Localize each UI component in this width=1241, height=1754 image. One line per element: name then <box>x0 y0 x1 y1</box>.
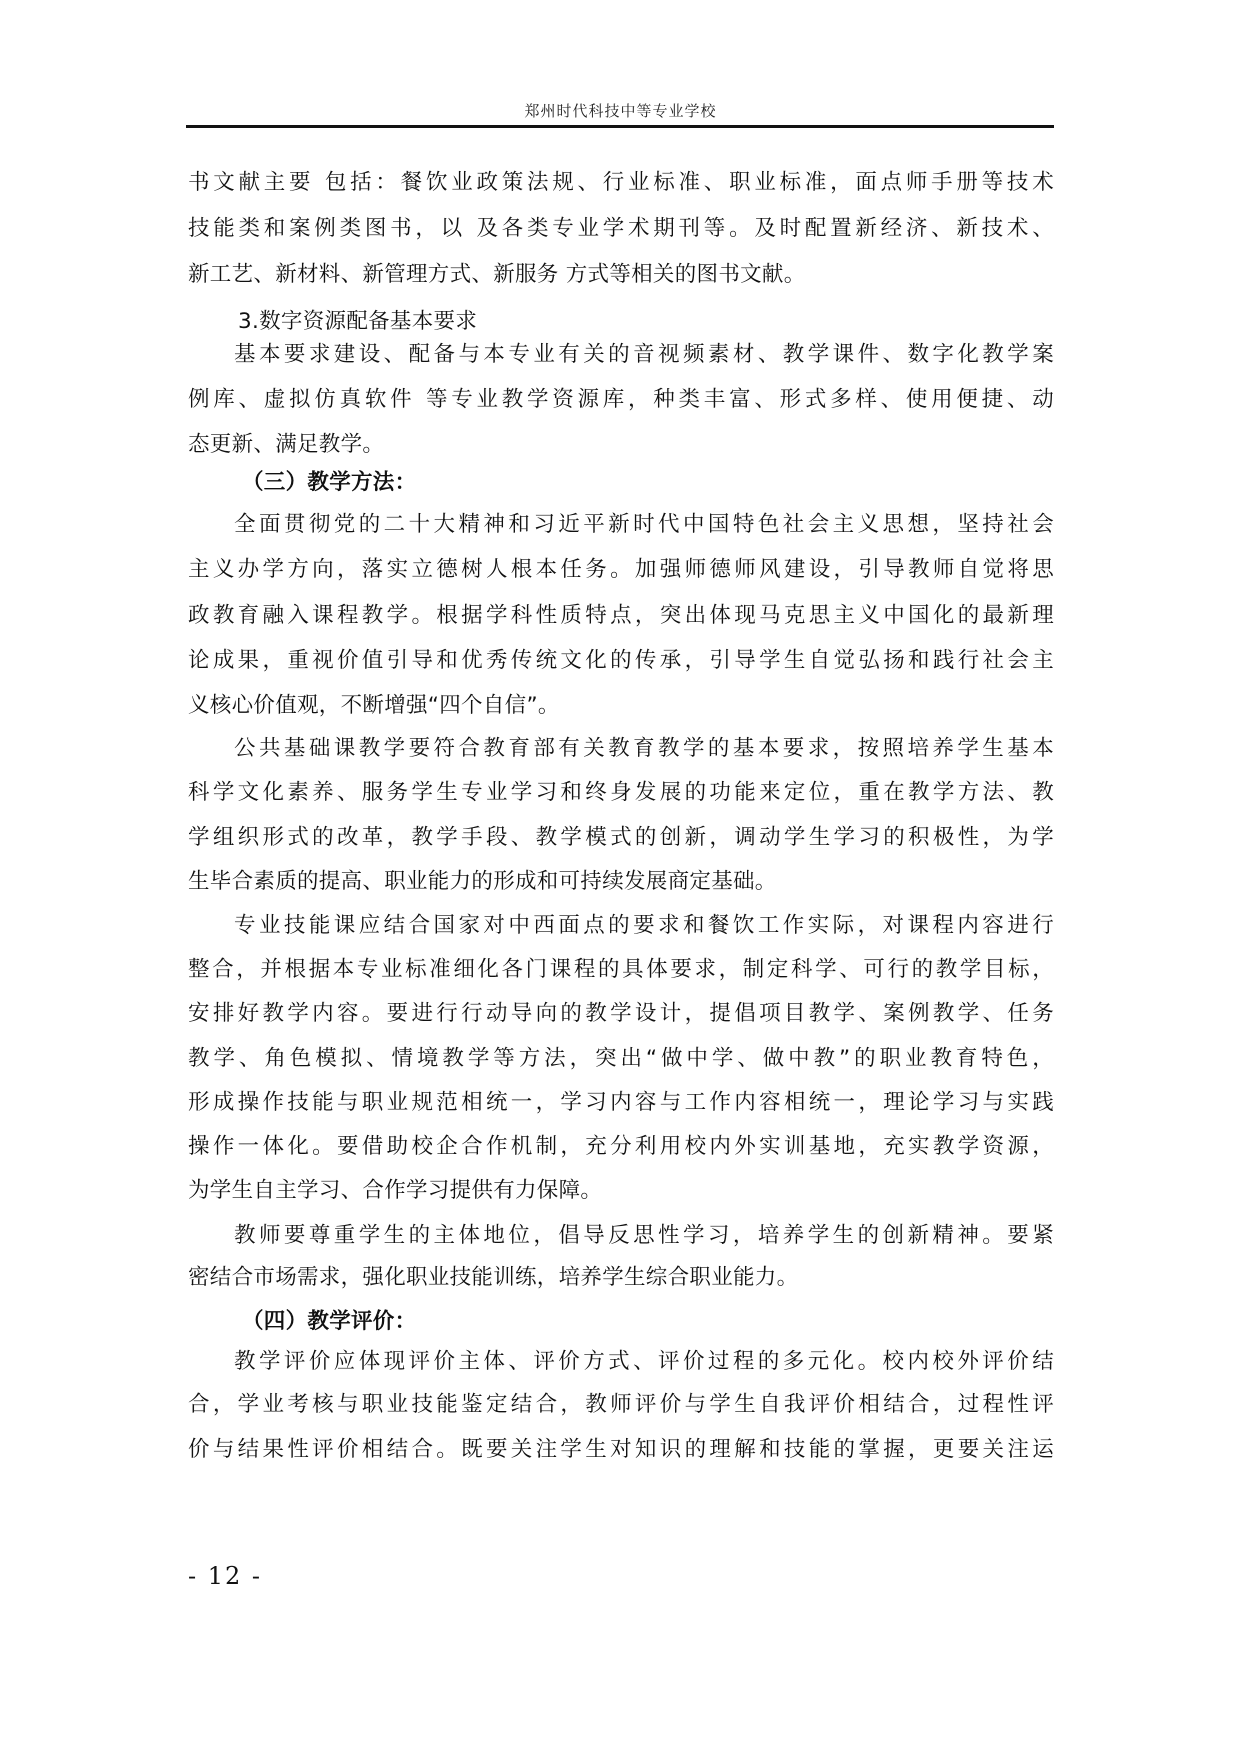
text-line: 书文献主要 包括：餐饮业政策法规、行业标准、职业标准，面点师手册等技术 <box>188 169 1054 197</box>
text-line: 主义办学方向，落实立德树人根本任务。加强师德师风建设，引导教师自觉将思 <box>188 556 1054 584</box>
text-line: 公共基础课教学要符合教育部有关教育教学的基本要求，按照培养学生基本 <box>188 735 1054 763</box>
text-line: 形成操作技能与职业规范相统一，学习内容与工作内容相统一，理论学习与实践 <box>188 1089 1054 1117</box>
text-line: 义核心价值观，不断增强“四个自信”。 <box>188 692 1054 720</box>
section-heading: （三）教学方法： <box>188 469 1054 497</box>
text-line: 例库、虚拟仿真软件 等专业教学资源库，种类丰富、形式多样、使用便捷、动 <box>188 386 1054 414</box>
text-line: 全面贯彻党的二十大精神和习近平新时代中国特色社会主义思想，坚持社会 <box>188 511 1054 539</box>
text-line: 科学文化素养、服务学生专业学习和终身发展的功能来定位，重在教学方法、教 <box>188 779 1054 807</box>
text-line: 论成果，重视价值引导和优秀传统文化的传承，引导学生自觉弘扬和践行社会主 <box>188 647 1054 675</box>
text-line: 教学、角色模拟、情境教学等方法，突出“做中学、做中教”的职业教育特色， <box>188 1045 1054 1073</box>
text-line: 密结合市场需求，强化职业技能训练，培养学生综合职业能力。 <box>188 1264 1054 1292</box>
text-line: 态更新、满足教学。 <box>188 431 1054 459</box>
text-line: 为学生自主学习、合作学习提供有力保障。 <box>188 1177 1054 1205</box>
text-line: 基本要求建设、配备与本专业有关的音视频素材、教学课件、数字化教学案 <box>188 341 1054 369</box>
subsection-heading: 3.数字资源配备基本要求 <box>188 308 1054 336</box>
section-heading: （四）教学评价： <box>188 1308 1054 1336</box>
text-line: 专业技能课应结合国家对中西面点的要求和餐饮工作实际，对课程内容进行 <box>188 912 1054 940</box>
text-line: 政教育融入课程教学。根据学科性质特点，突出体现马克思主义中国化的最新理 <box>188 602 1054 630</box>
text-line: 技能类和案例类图书，以 及各类专业学术期刊等。及时配置新经济、新技术、 <box>188 215 1054 243</box>
text-line: 操作一体化。要借助校企合作机制，充分利用校内外实训基地，充实教学资源， <box>188 1133 1054 1161</box>
header-school-name: 郑州时代科技中等专业学校 <box>0 100 1241 121</box>
text-line: 安排好教学内容。要进行行动导向的教学设计，提倡项目教学、案例教学、任务 <box>188 1000 1054 1028</box>
text-line: 整合，并根据本专业标准细化各门课程的具体要求，制定科学、可行的教学目标， <box>188 956 1054 984</box>
text-line: 合，学业考核与职业技能鉴定结合，教师评价与学生自我评价相结合，过程性评 <box>188 1391 1054 1419</box>
header-divider <box>186 125 1054 128</box>
text-line: 价与结果性评价相结合。既要关注学生对知识的理解和技能的掌握，更要关注运 <box>188 1436 1054 1464</box>
text-line: 新工艺、新材料、新管理方式、新服务 方式等相关的图书文献。 <box>188 261 1054 289</box>
text-line: 教师要尊重学生的主体地位，倡导反思性学习，培养学生的创新精神。要紧 <box>188 1222 1054 1250</box>
text-line: 学组织形式的改革，教学手段、教学模式的创新，调动学生学习的积极性，为学 <box>188 824 1054 852</box>
text-line: 生毕合素质的提高、职业能力的形成和可持续发展商定基础。 <box>188 868 1054 896</box>
text-line: 教学评价应体现评价主体、评价方式、评价过程的多元化。校内校外评价结 <box>188 1348 1054 1376</box>
page-number: - 12 - <box>188 1562 262 1590</box>
